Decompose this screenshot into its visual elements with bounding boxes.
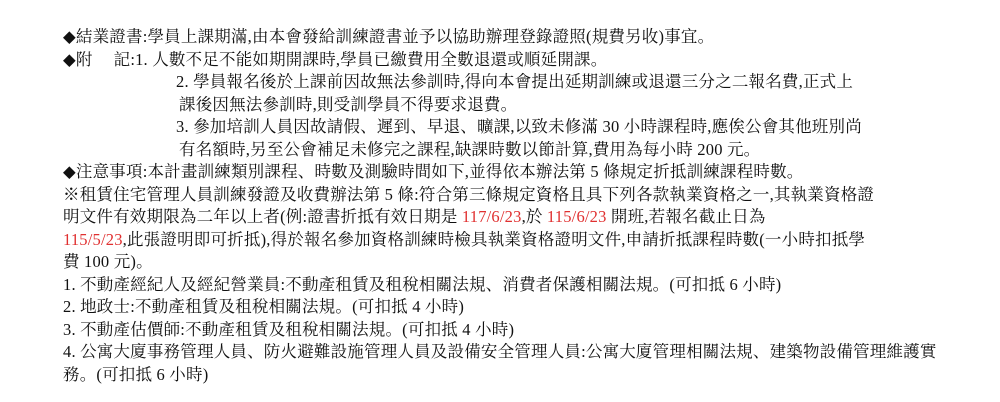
attention-heading-line: ◆注意事項:本計畫訓練類別課程、時數及測驗時間如下,並得依本辦法第 5 條規定折… [63,161,960,184]
note-2-text-2: 課後因無法參訓時,則受訓學員不得要求退費。 [179,95,517,114]
credit-item-3-line: 3. 不動產估價師:不動產租賃及租稅相關法規。(可扣抵 4 小時) [63,319,960,342]
notes-heading-text: ◆附 記:1. 人數不足不能如期開課時,學員已繳費用全數退還或順延開課。 [63,50,607,69]
credit-item-3-text: 3. 不動產估價師:不動產租賃及租稅相關法規。(可扣抵 4 小時) [63,320,514,339]
regulation-line-4: 費 100 元)。 [63,251,960,274]
credit-item-2-text: 2. 地政士:不動產租賃及租稅相關法規。(可扣抵 4 小時) [63,297,464,316]
credit-item-4-line-1: 4. 公寓大廈事務管理人員、防火避難設施管理人員及設備安全管理人員:公寓大廈管理… [63,341,960,364]
credit-item-4-text-2: 務。(可扣抵 6 小時) [63,365,208,384]
closing-certificate-line: ◆結業證書:學員上課期滿,由本會發給訓練證書並予以協助辦理登錄證照(規費另收)事… [63,26,960,49]
credit-item-1-line: 1. 不動產經紀人及經紀營業員:不動產租賃及租稅相關法規、消費者保護相關法規。(… [63,274,960,297]
registration-deadline-date: 115/5/23 [63,230,123,249]
note-3-line-2: 有名額時,另至公會補足未修完之課程,缺課時數以節計算,費用為每小時 200 元。 [63,139,960,162]
closing-certificate-text: ◆結業證書:學員上課期滿,由本會發給訓練證書並予以協助辦理登錄證照(規費另收)事… [63,27,714,46]
regulation-text-2c: 開班,若報名截止日為 [607,207,766,226]
credit-item-2-line: 2. 地政士:不動產租賃及租稅相關法規。(可扣抵 4 小時) [63,296,960,319]
credit-item-4-text-1: 4. 公寓大廈事務管理人員、防火避難設施管理人員及設備安全管理人員:公寓大廈管理… [63,342,937,361]
note-2-line-2: 課後因無法參訓時,則受訓學員不得要求退費。 [63,94,960,117]
regulation-line-2: 明文件有效期限為二年以上者(例:證書折抵有效日期是 117/6/23,於 115… [63,206,960,229]
credit-item-1-text: 1. 不動產經紀人及經紀營業員:不動產租賃及租稅相關法規、消費者保護相關法規。(… [63,275,781,294]
regulation-text-2b: ,於 [522,207,547,226]
regulation-text-1: ※租賃住宅管理人員訓練發證及收費辦法第 5 條:符合第三條規定資格且具下列各款執… [63,185,874,204]
note-3-text-2: 有名額時,另至公會補足未修完之課程,缺課時數以節計算,費用為每小時 200 元。 [179,140,760,159]
credit-item-4-line-2: 務。(可扣抵 6 小時) [63,364,960,387]
regulation-text-2a: 明文件有效期限為二年以上者(例:證書折抵有效日期是 [63,207,462,226]
notes-heading-line: ◆附 記:1. 人數不足不能如期開課時,學員已繳費用全數退還或順延開課。 [63,49,960,72]
regulation-line-3: 115/5/23,此張證明即可折抵),得於報名參加資格訓練時檢具執業資格證明文件… [63,229,960,252]
valid-date-1: 117/6/23 [462,207,522,226]
attention-heading-text: ◆注意事項:本計畫訓練類別課程、時數及測驗時間如下,並得依本辦法第 5 條規定折… [63,162,804,181]
note-2-text-1: 2. 學員報名後於上課前因故無法參訓時,得向本會提出延期訓練或退還三分之二報名費… [176,72,853,91]
regulation-text-4: 費 100 元)。 [63,252,153,271]
training-notice-document: ◆結業證書:學員上課期滿,由本會發給訓練證書並予以協助辦理登錄證照(規費另收)事… [0,0,1000,386]
regulation-text-3: ,此張證明即可折抵),得於報名參加資格訓練時檢具執業資格證明文件,申請折抵課程時… [123,230,865,249]
regulation-line-1: ※租賃住宅管理人員訓練發證及收費辦法第 5 條:符合第三條規定資格且具下列各款執… [63,184,960,207]
note-3-text-1: 3. 參加培訓人員因故請假、遲到、早退、曠課,以致未修滿 30 小時課程時,應俟… [176,117,862,136]
class-start-date: 115/6/23 [547,207,607,226]
note-3-line-1: 3. 參加培訓人員因故請假、遲到、早退、曠課,以致未修滿 30 小時課程時,應俟… [63,116,960,139]
note-2-line-1: 2. 學員報名後於上課前因故無法參訓時,得向本會提出延期訓練或退還三分之二報名費… [63,71,960,94]
